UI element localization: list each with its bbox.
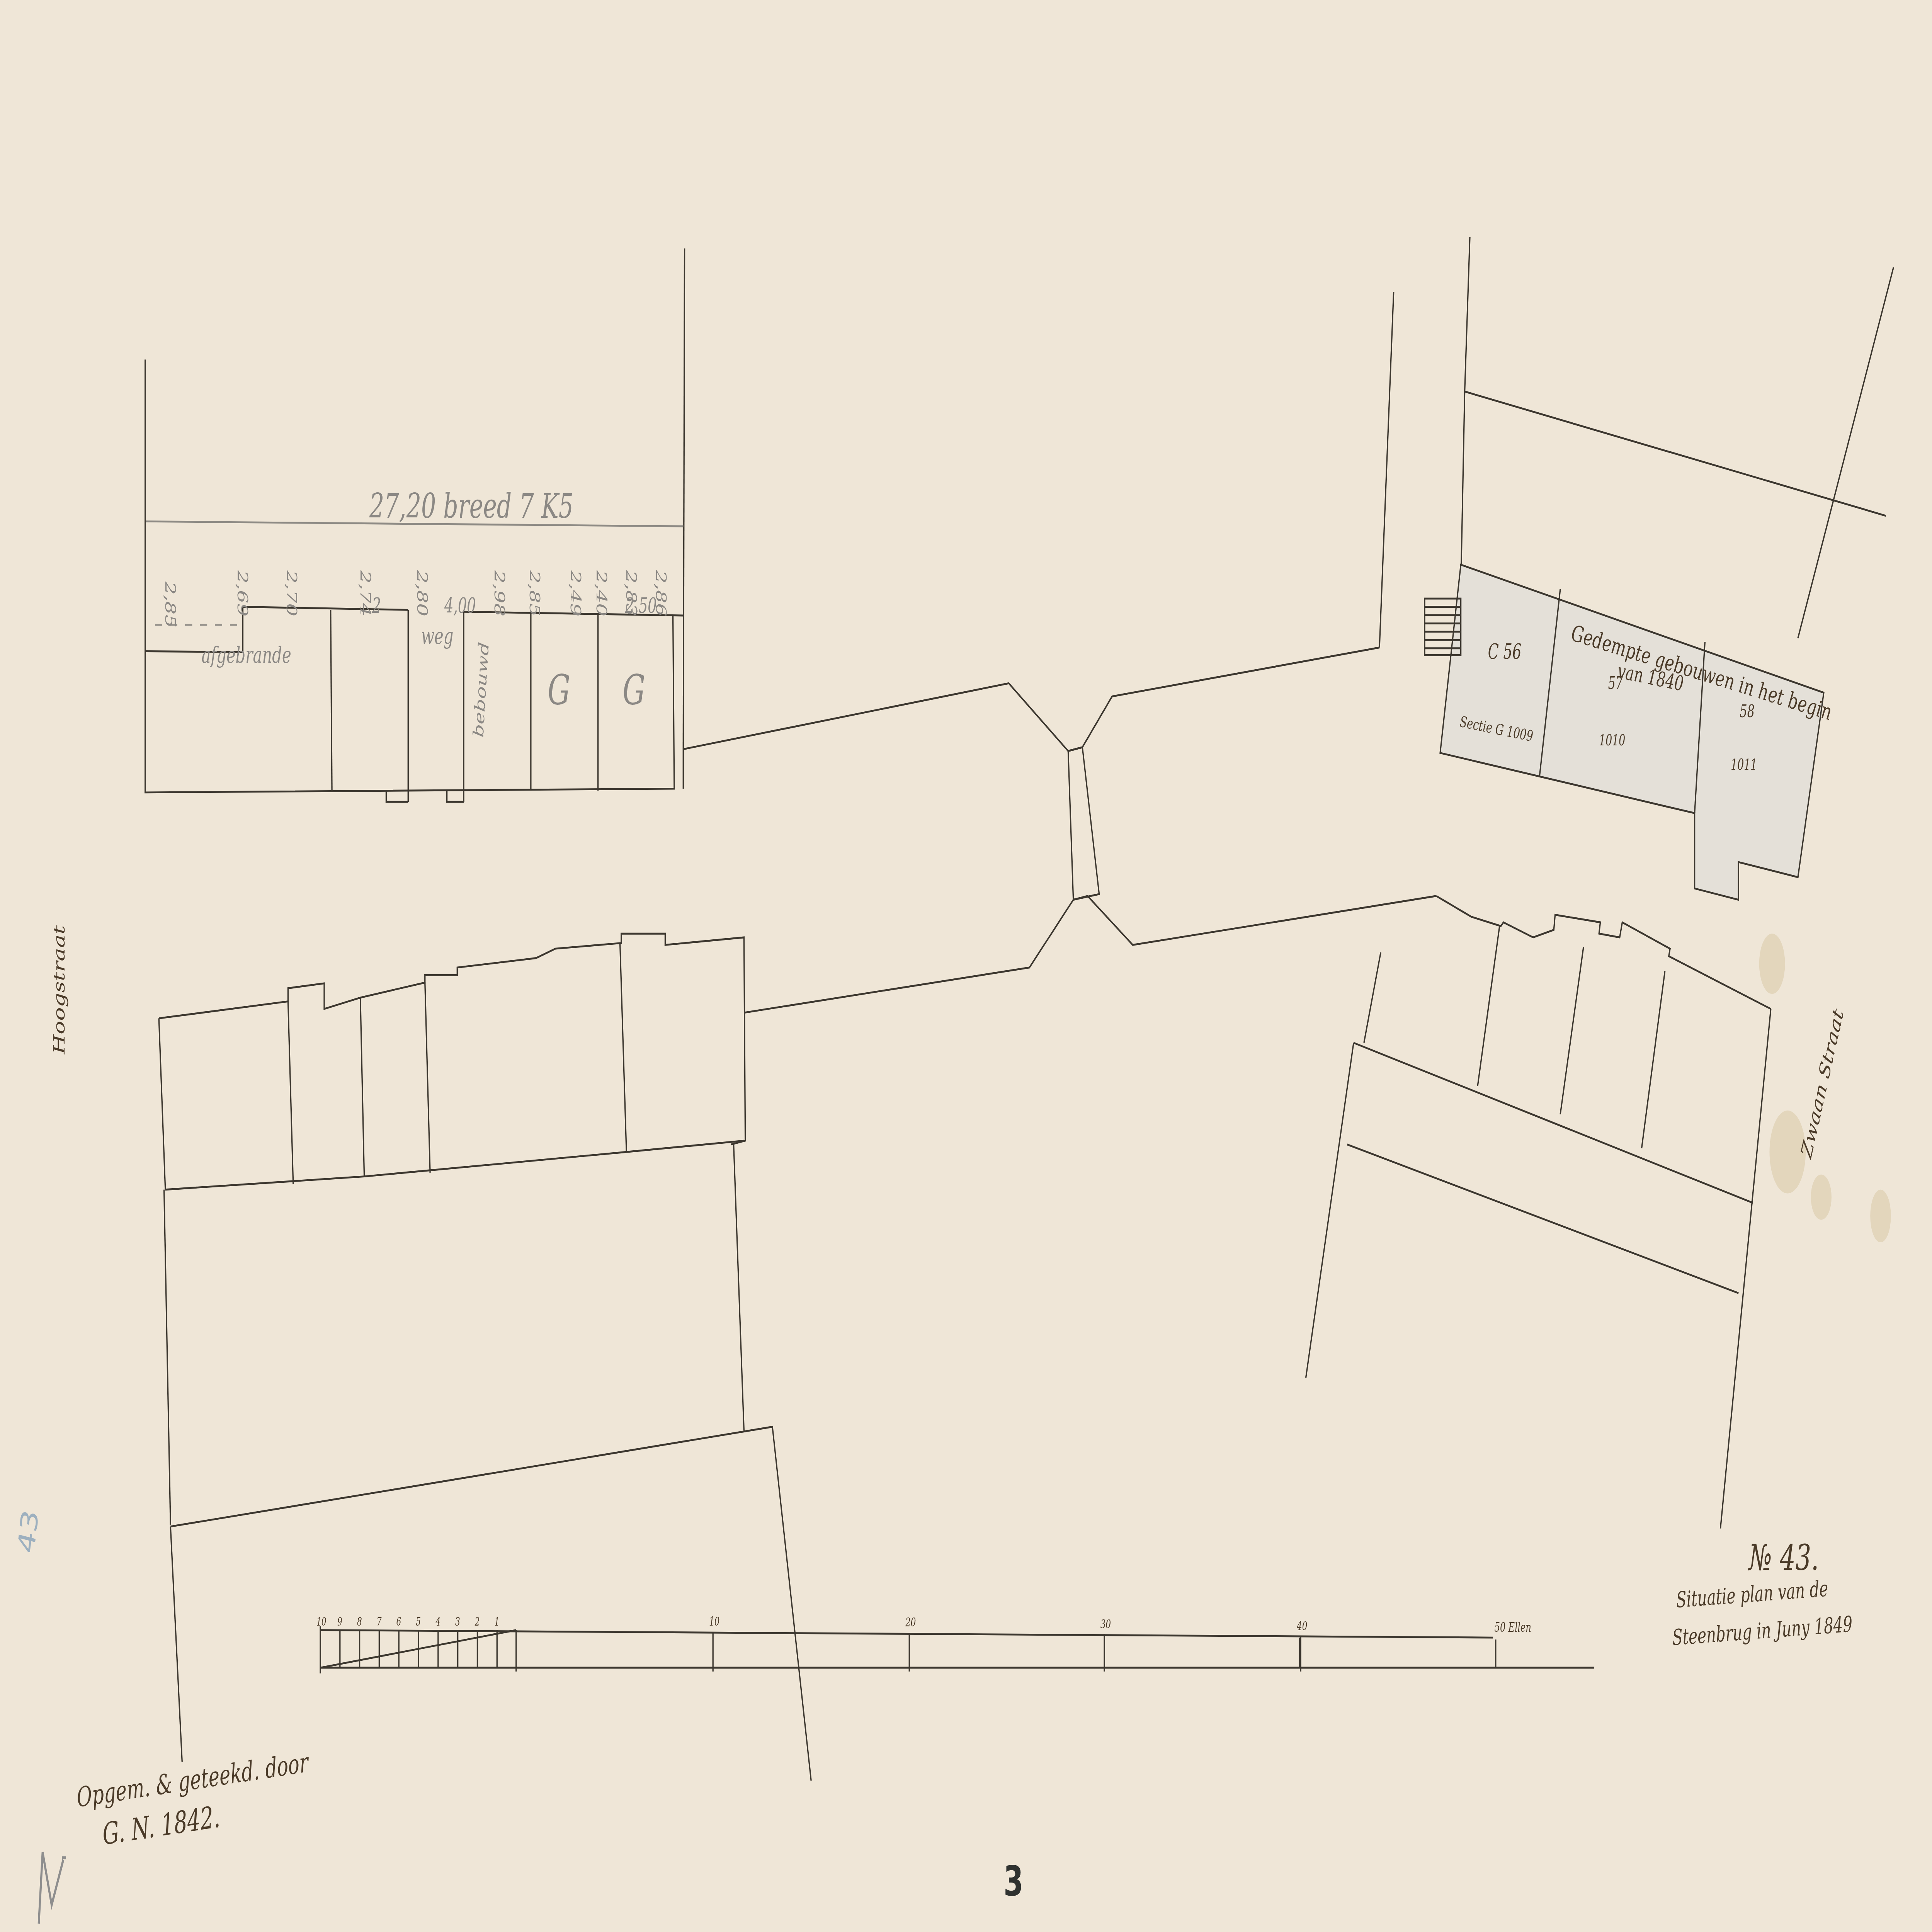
measurement-7: 2,85 [526,570,543,616]
scale-label-10: 10 [316,1615,327,1628]
inline-measure-3: 2,50 [625,594,657,618]
title-line-1: Situatie plan van de [1676,1576,1828,1613]
inline-measure-2: 4,00 [444,594,476,618]
archive-number: № 43. [1748,1536,1819,1578]
measurement-4: 2,74 [357,570,374,616]
scale-label-1: 1 [495,1615,500,1628]
scale-label-4: 4 [435,1615,440,1628]
canal-and-bridge [683,648,1436,1013]
label-bebouwd: bebouwd [470,641,492,738]
map-sheet: 27,20 breed 7 K5 2,85 2,69 2,70 2,74 2,8… [0,0,1932,1932]
north-arrow-icon [39,1852,66,1923]
bridge [1068,747,1099,900]
scale-label-9: 9 [337,1615,342,1628]
parcel-number-1010: 1010 [1599,731,1625,749]
parcel-label-57: 57 [1608,673,1623,693]
parcel-number-1011: 1011 [1731,756,1757,773]
sheet-number: 3 [1003,1857,1023,1905]
scale-label-3: 3 [455,1615,460,1628]
parcel-label-58: 58 [1740,701,1755,721]
scale-major-20: 20 [905,1616,916,1629]
measurement-9: 2,40 [594,570,610,616]
top-left-block: 27,20 breed 7 K5 2,85 2,69 2,70 2,74 2,8… [145,248,685,802]
measurement-2: 2,69 [234,570,251,616]
street-label-right: Zwaan Straat [1797,1005,1847,1162]
label-letter-1: G [548,666,570,714]
scale-major-40: 40 [1296,1619,1307,1633]
title-block: № 43. Situatie plan van de Steenbrug in … [1672,1536,1853,1650]
scale-label-2: 2 [474,1615,480,1628]
measurement-5: 2,80 [414,570,430,616]
scale-label-5: 5 [416,1615,421,1628]
overall-measurement: 27,20 breed 7 K5 [369,486,573,526]
measurement-3: 2,70 [283,570,300,616]
inline-measure-1: 2 [372,594,381,618]
measurement-6: 2,98 [491,570,508,616]
measurement-1: 2,85 [162,581,179,628]
parcel-label-c56: C 56 [1488,639,1522,664]
scale-bar: 10 9 8 7 6 5 4 3 2 1 10 20 30 40 50 Elle… [316,1615,1594,1673]
scale-subdivision-ticks [340,1630,516,1672]
scale-label-7: 7 [377,1615,382,1628]
margin-pencil-number: 43 [12,1507,44,1556]
scale-label-6: 6 [396,1615,401,1628]
scale-end-label: 50 Ellen [1494,1620,1531,1635]
label-weg: weg [421,622,454,649]
label-letter-2: G [622,666,645,714]
bottom-right-block [1306,896,1770,1529]
top-right-block: Gedempte gebouwen in het begin van 1840 … [1379,237,1893,900]
title-line-2: Steenbrug in Juny 1849 [1672,1612,1853,1651]
surveyor-signature: Opgem. & geteekd. door G. N. 1842. [76,1747,310,1852]
street-label-left: Hoogstraat [50,925,68,1055]
scale-major-30: 30 [1100,1617,1111,1631]
measurement-8: 2,49 [568,570,584,616]
scale-label-8: 8 [357,1615,362,1628]
scale-major-10: 10 [709,1615,719,1629]
map-canvas: 27,20 breed 7 K5 2,85 2,69 2,70 2,74 2,8… [0,0,1932,1932]
label-afgebrande: afgebrande [201,641,291,668]
